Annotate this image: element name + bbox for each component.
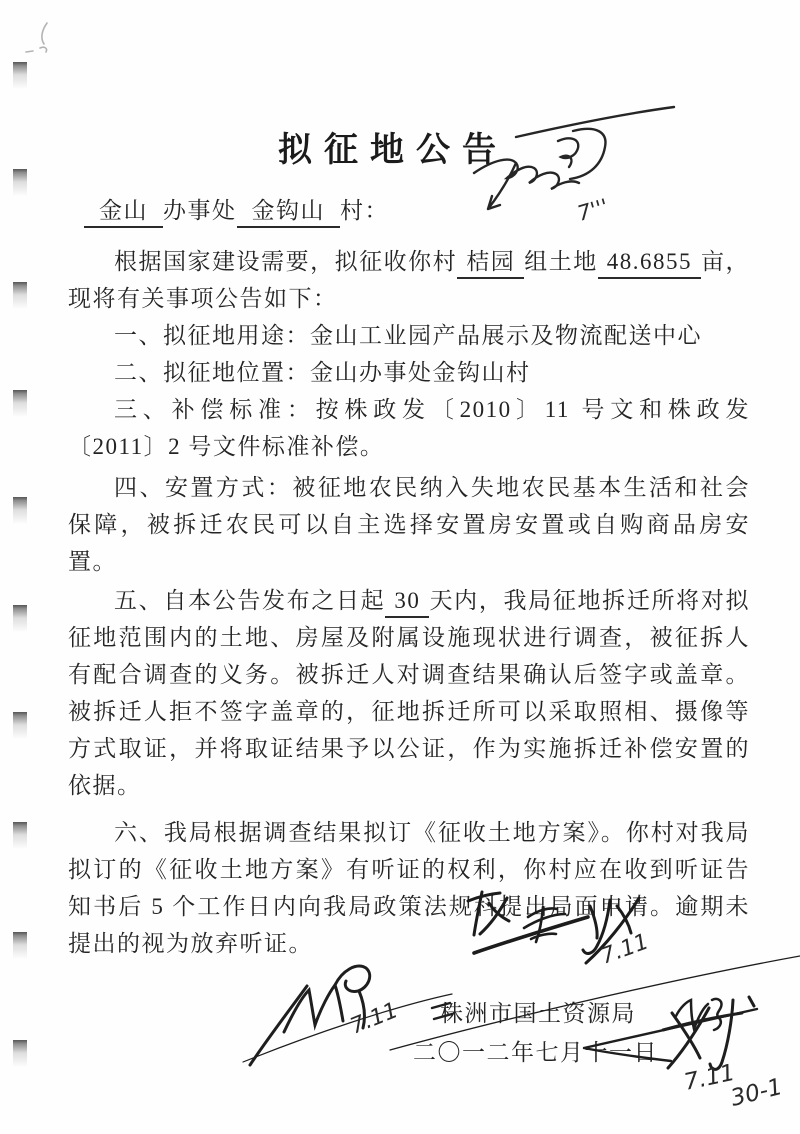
office-label: 办事处 — [163, 198, 237, 223]
village-label: 村： — [340, 198, 389, 223]
binding-mark — [13, 169, 27, 196]
land-area-blank: 48.6855 — [598, 247, 701, 279]
office-name-blank: 金山 — [84, 196, 163, 228]
village-name-blank: 金钩山 — [237, 196, 341, 228]
corner-pen-squiggle — [26, 23, 47, 52]
days-blank: 30 — [385, 586, 429, 618]
item-1-land-use: 一、拟征地用途：金山工业园产品展示及物流配送中心 — [68, 317, 750, 354]
salutation-line: 金山办事处金钩山村： — [68, 192, 750, 229]
document-title: 拟征地公告 — [278, 122, 508, 171]
item-6-hearing-rights: 六、我局根据调查结果拟订《征收土地方案》。你村对我局拟订的《征收土地方案》有听证… — [68, 814, 750, 962]
scanned-document-page: 拟征地公告 金山办事处金钩山村： 根据国家建设需要，拟征收你村桔园组土地48.6… — [0, 0, 800, 1134]
binding-mark — [13, 822, 27, 849]
binding-mark — [13, 390, 27, 417]
binding-mark — [13, 497, 27, 524]
issue-date: 二〇一二年七月十一日 — [68, 1033, 750, 1072]
item-3-compensation-standard: 三、补偿标准：按株政发〔2010〕11 号文和株政发〔2011〕2 号文件标准补… — [68, 391, 750, 465]
document-body: 金山办事处金钩山村： 根据国家建设需要，拟征收你村桔园组土地48.6855亩，现… — [68, 192, 750, 1072]
binding-mark — [13, 282, 27, 309]
binding-mark — [13, 712, 27, 739]
intro-paragraph: 根据国家建设需要，拟征收你村桔园组土地48.6855亩，现将有关事项公告如下： — [68, 243, 750, 317]
binding-mark — [13, 62, 27, 89]
page-number-mark: 30-1 — [728, 1074, 785, 1112]
binding-mark — [13, 932, 27, 959]
signature-block: 株洲市国土资源局 二〇一二年七月十一日 — [68, 994, 750, 1072]
binding-mark — [13, 1040, 27, 1067]
item-5-survey: 五、自本公告发布之日起30天内，我局征地拆迁所将对拟征地范围内的土地、房屋及附属… — [68, 582, 750, 804]
item-2-location: 二、拟征地位置：金山办事处金钩山村 — [68, 354, 750, 391]
issuing-organization: 株洲市国土资源局 — [68, 994, 750, 1033]
group-name-blank: 桔园 — [457, 247, 524, 279]
binding-mark — [13, 605, 27, 632]
item-4-resettlement: 四、安置方式：被征地农民纳入失地农民基本生活和社会保障，被拆迁农民可以自主选择安… — [68, 469, 750, 580]
